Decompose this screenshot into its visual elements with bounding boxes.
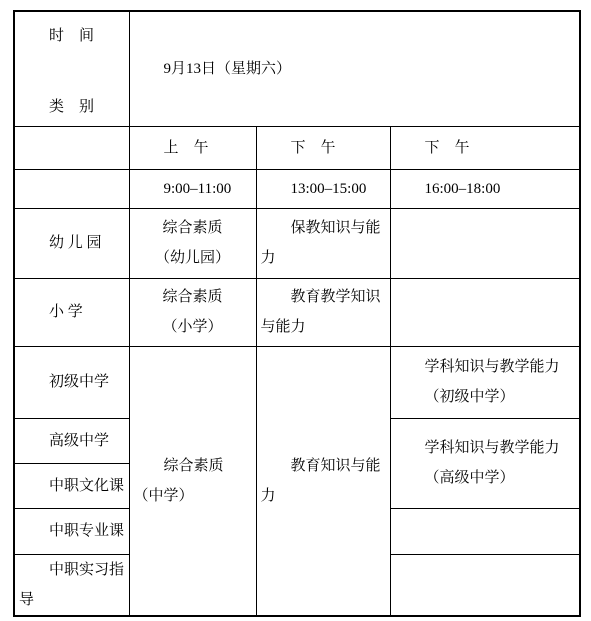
empty-cell [14,169,129,208]
subject-line: 与能力 [261,312,386,342]
subject-line: （幼儿园） [134,243,252,273]
session-row: 上 午 下 午 下 午 [14,126,580,169]
label-line: 导 [19,585,125,615]
session-cell-afternoon2: 下 午 [390,126,580,169]
subject-line: 综合素质 [134,213,252,243]
time-cell-morning: 9:00–11:00 [129,169,256,208]
subject-line: （初级中学） [395,382,576,412]
subject-line: 保教知识与能 [261,213,386,243]
subject-cell: 保教知识与能 力 [256,208,390,278]
row-label-vocational-internship: 中职实习指 导 [14,554,129,616]
row-label-junior-high: 初级中学 [14,346,129,418]
subject-line: （高级中学） [395,463,576,493]
time-cell-afternoon2: 16:00–18:00 [390,169,580,208]
empty-cell [390,208,580,278]
empty-cell [390,554,580,616]
subject-line: 教育教学知识 [261,282,386,312]
row-junior-high: 初级中学 综合素质 （中学） 教育知识与能 力 学科知识与教学能力 （初级中学） [14,346,580,418]
row-label-vocational-culture: 中职文化课 [14,463,129,508]
corner-header-cell: 时 间 类 别 [14,11,129,126]
subject-cell: 教育教学知识 与能力 [256,278,390,346]
subject-cell-merged-afternoon1: 教育知识与能 力 [256,346,390,616]
corner-label-time: 时 间 [19,21,125,51]
row-primary: 小 学 综合素质 （小学） 教育教学知识 与能力 [14,278,580,346]
header-row: 时 间 类 别 9月13日（星期六） [14,11,580,126]
subject-line: （小学） [134,312,252,342]
row-kindergarten: 幼 儿 园 综合素质 （幼儿园） 保教知识与能 力 [14,208,580,278]
subject-line: 综合素质 [134,451,252,481]
subject-line: 教育知识与能 [261,451,386,481]
empty-cell [14,126,129,169]
row-label-primary: 小 学 [14,278,129,346]
row-label-senior-high: 高级中学 [14,418,129,463]
subject-line: （中学） [134,481,252,511]
subject-line: 综合素质 [134,282,252,312]
subject-line: 学科知识与教学能力 [395,352,576,382]
label-line: 中职实习指 [19,555,125,585]
empty-cell [390,278,580,346]
corner-label-category: 类 别 [19,92,125,122]
session-cell-afternoon1: 下 午 [256,126,390,169]
time-row: 9:00–11:00 13:00–15:00 16:00–18:00 [14,169,580,208]
subject-line: 力 [261,481,386,511]
subject-line: 力 [261,243,386,273]
time-cell-afternoon1: 13:00–15:00 [256,169,390,208]
subject-line: 学科知识与教学能力 [395,433,576,463]
row-label-kindergarten: 幼 儿 园 [14,208,129,278]
subject-cell-merged-morning: 综合素质 （中学） [129,346,256,616]
subject-cell: 综合素质 （小学） [129,278,256,346]
date-cell: 9月13日（星期六） [129,11,580,126]
row-label-vocational-specialty: 中职专业课 [14,508,129,554]
subject-cell-merged-senior: 学科知识与教学能力 （高级中学） [390,418,580,508]
empty-cell [390,508,580,554]
session-cell-morning: 上 午 [129,126,256,169]
corner-box: 时 间 类 别 [19,15,125,122]
subject-cell: 综合素质 （幼儿园） [129,208,256,278]
exam-schedule-table: 时 间 类 别 9月13日（星期六） 上 午 下 午 下 午 9:00–11:0… [13,10,581,617]
subject-cell: 学科知识与教学能力 （初级中学） [390,346,580,418]
